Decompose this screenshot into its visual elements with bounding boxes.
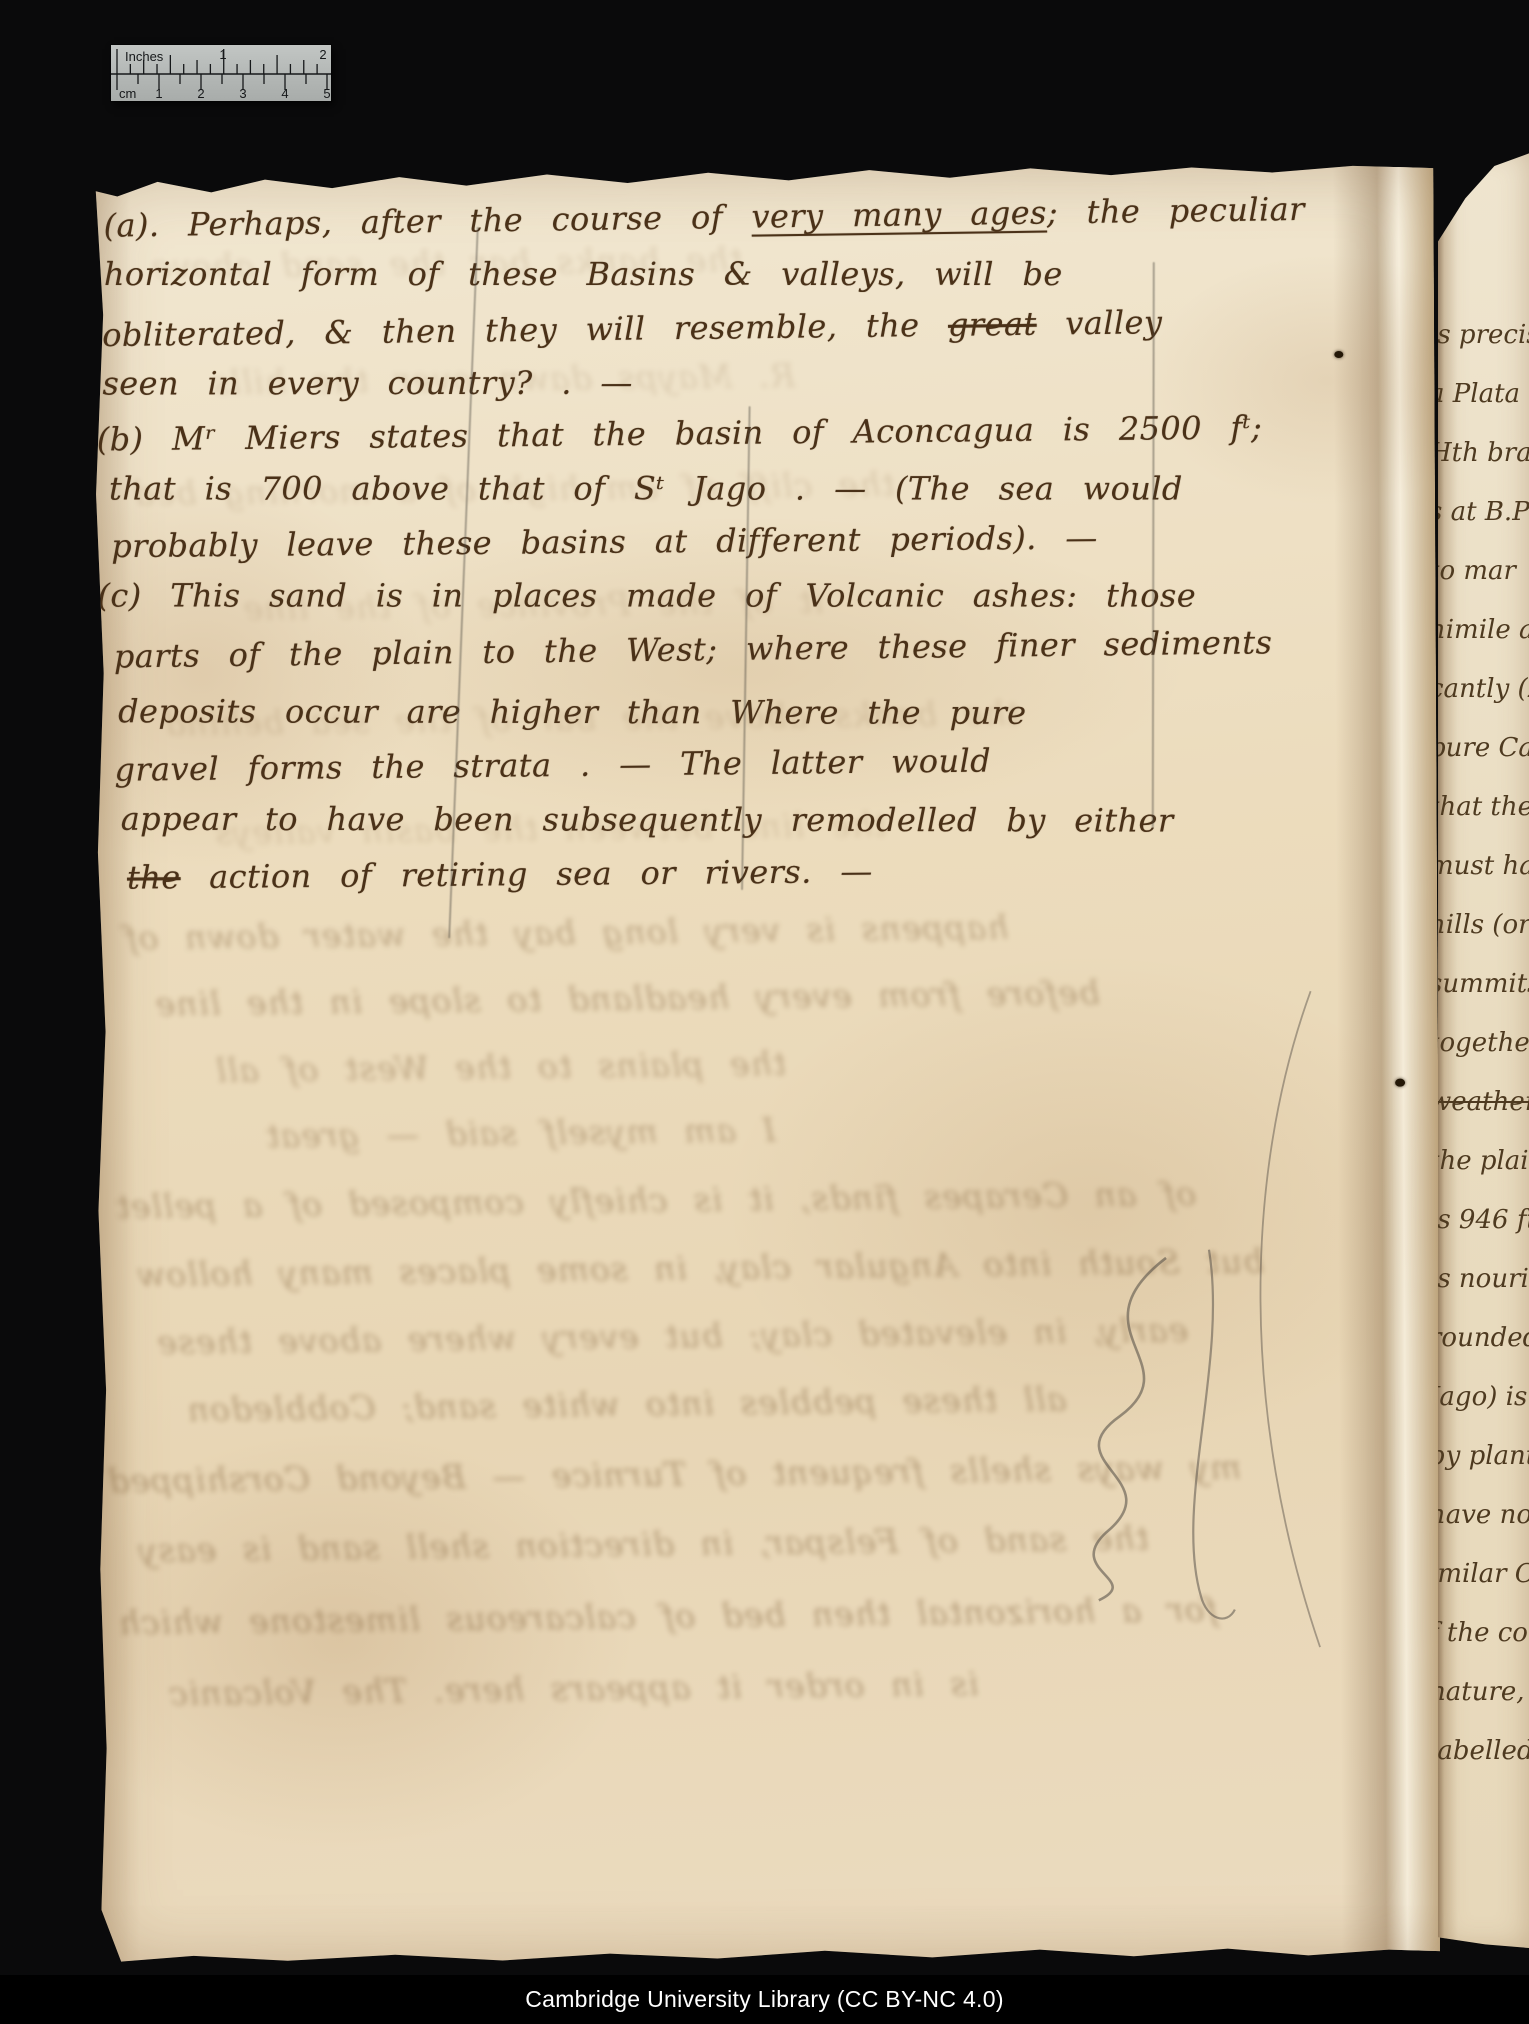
line-segment: action of retiring sea or rivers. —: [180, 852, 872, 896]
manuscript-line: seen in every country? . —: [102, 364, 632, 403]
line-segment: obliterated, & then they will resemble, …: [102, 306, 948, 354]
verso-text-fragment: imilar Cal: [1438, 1559, 1529, 1589]
manuscript-line: parts of the plain to the West; where th…: [114, 623, 1273, 675]
pencil-curve: [1225, 985, 1369, 1666]
verso-text-fragment: Jago) is: [1438, 1382, 1527, 1412]
manuscript-line: horizontal form of these Basins & valley…: [104, 255, 1063, 293]
verso-text-fragment: that the p: [1438, 792, 1529, 822]
ruler-label: 1: [155, 86, 162, 101]
verso-text-fragment: Hth bral: [1438, 438, 1529, 468]
manuscript-line: (c) This sand is in places made of Volca…: [98, 577, 1197, 615]
line-segment: deposits occur are higher than Where the…: [118, 692, 1026, 732]
footer-credit-bar: Cambridge University Library (CC BY-NC 4…: [0, 1975, 1529, 2024]
manuscript-line: the action of retiring sea or rivers. —: [127, 852, 873, 897]
ruler-label: Inches: [125, 49, 164, 64]
manuscript-line: (a). Perhaps, after the course of very m…: [103, 190, 1305, 245]
measurement-ruler: Inches12cm12345: [111, 45, 331, 101]
underlined-phrase: very many ages: [751, 194, 1047, 236]
manuscript-line: that is 700 above that of Sᵗ Jago . — (T…: [109, 470, 1183, 508]
library-credit-text: Cambridge University Library (CC BY-NC 4…: [525, 1986, 1004, 2013]
manuscript-page: the banks bar the sand aboveR. Mayps daw…: [90, 164, 1442, 1963]
verso-text-fragment: rounded: [1438, 1323, 1529, 1353]
pencil-flourish: [1001, 1244, 1243, 1645]
line-segment: (c) This sand is in places made of Volca…: [98, 577, 1197, 615]
verso-show-through-line: happens is very long bay the water down …: [124, 908, 1009, 958]
line-segment: valley: [1036, 303, 1162, 343]
verso-text-fragment: cantly (22: [1438, 674, 1529, 704]
verso-text-fragment: by plants: [1438, 1441, 1529, 1471]
line-segment: gravel forms the strata . — The latter w…: [114, 742, 991, 789]
verso-text-fragment: himile a: [1438, 615, 1529, 645]
verso-text-fragment: summits: [1438, 969, 1529, 999]
line-segment: (a). Perhaps, after the course of: [103, 198, 751, 245]
handwritten-text-layer: (a). Perhaps, after the course of very m…: [90, 164, 1433, 171]
line-segment: (b) Mʳ Miers states that the basin of Ac…: [97, 408, 1263, 458]
verso-text-fragment: must ha: [1438, 851, 1529, 881]
line-segment: seen in every country? . —: [102, 364, 632, 403]
verso-show-through-line: I am myself said — great: [265, 1110, 776, 1155]
verso-text-fragment: together: [1438, 1028, 1529, 1058]
line-segment: ; the peculiar: [1047, 190, 1305, 232]
verso-text-fragment: weather: [1438, 1087, 1529, 1117]
verso-page-sliver: is precisa PlataHth brals at B.Pto marhi…: [1438, 148, 1529, 1948]
manuscript-line: (b) Mʳ Miers states that the basin of Ac…: [97, 408, 1263, 458]
verso-text-fragment: is nourish: [1438, 1264, 1529, 1294]
verso-show-through-line: all these pebbles into white sand; Cobbl…: [187, 1379, 1067, 1429]
verso-text-fragment: is precis: [1438, 320, 1529, 350]
wormhole: [1334, 351, 1343, 358]
line-segment: probably leave these basins at different…: [111, 519, 1098, 566]
ruler-scale-graphic: Inches12cm12345: [111, 45, 331, 101]
manuscript-line: probably leave these basins at different…: [111, 519, 1098, 566]
ruler-label: 5: [323, 86, 330, 101]
line-segment: that is 700 above that of Sᵗ Jago . — (T…: [109, 470, 1183, 508]
verso-text-fragment: labelled S: [1438, 1736, 1529, 1766]
struck-word: great: [948, 305, 1037, 344]
ruler-label: 3: [239, 86, 246, 101]
line-segment: appear to have been subsequently remodel…: [121, 800, 1174, 840]
verso-text-fragment: f the co: [1438, 1618, 1528, 1648]
manuscript-scan-viewport: { "ruler": { "inches_label": "Inches", "…: [0, 0, 1529, 2024]
manuscript-line: obliterated, & then they will resemble, …: [102, 303, 1163, 354]
verso-text-fragment: is 946 ft: [1438, 1205, 1529, 1235]
manuscript-line: gravel forms the strata . — The latter w…: [114, 742, 991, 789]
ruler-label: cm: [119, 86, 136, 101]
ruler-label: 2: [197, 86, 204, 101]
pencil-vertical-line: [1152, 262, 1155, 828]
verso-show-through-layer: the banks bar the sand aboveR. Mayps daw…: [90, 164, 1433, 171]
verso-text-fragment: have no: [1438, 1500, 1529, 1530]
verso-text-fragment: nature, Th: [1438, 1677, 1529, 1707]
verso-text-fragment: to mar: [1438, 556, 1516, 586]
struck-word: the: [127, 858, 181, 896]
verso-show-through-line: of an Cerapes finds, it is chiefly compo…: [116, 1174, 1197, 1226]
verso-text-fragment: hills (or is: [1438, 910, 1529, 940]
ruler-label: 1: [219, 47, 226, 62]
verso-text-fragment: pure Ca: [1438, 733, 1529, 763]
manuscript-line: deposits occur are higher than Where the…: [118, 692, 1026, 732]
verso-text-fragment: the plain: [1438, 1146, 1529, 1176]
verso-show-through-line: the plains to the West of all: [215, 1044, 787, 1090]
verso-show-through-line: before from every headland to slope in t…: [154, 973, 1100, 1024]
verso-text-fragment: s at B.P: [1438, 497, 1529, 527]
line-segment: parts of the plain to the West; where th…: [114, 623, 1273, 675]
verso-text-fragment: a Plata: [1438, 379, 1520, 409]
line-segment: horizontal form of these Basins & valley…: [104, 255, 1063, 293]
verso-show-through-line: the sand of Felspar, in direction shell …: [137, 1518, 1149, 1569]
ruler-label: 4: [281, 86, 288, 101]
wormhole: [1395, 1079, 1405, 1087]
manuscript-line: appear to have been subsequently remodel…: [121, 800, 1174, 840]
ruler-label: 2: [319, 47, 326, 62]
verso-show-through-line: is in order it appears here. The Volcani…: [168, 1664, 979, 1713]
